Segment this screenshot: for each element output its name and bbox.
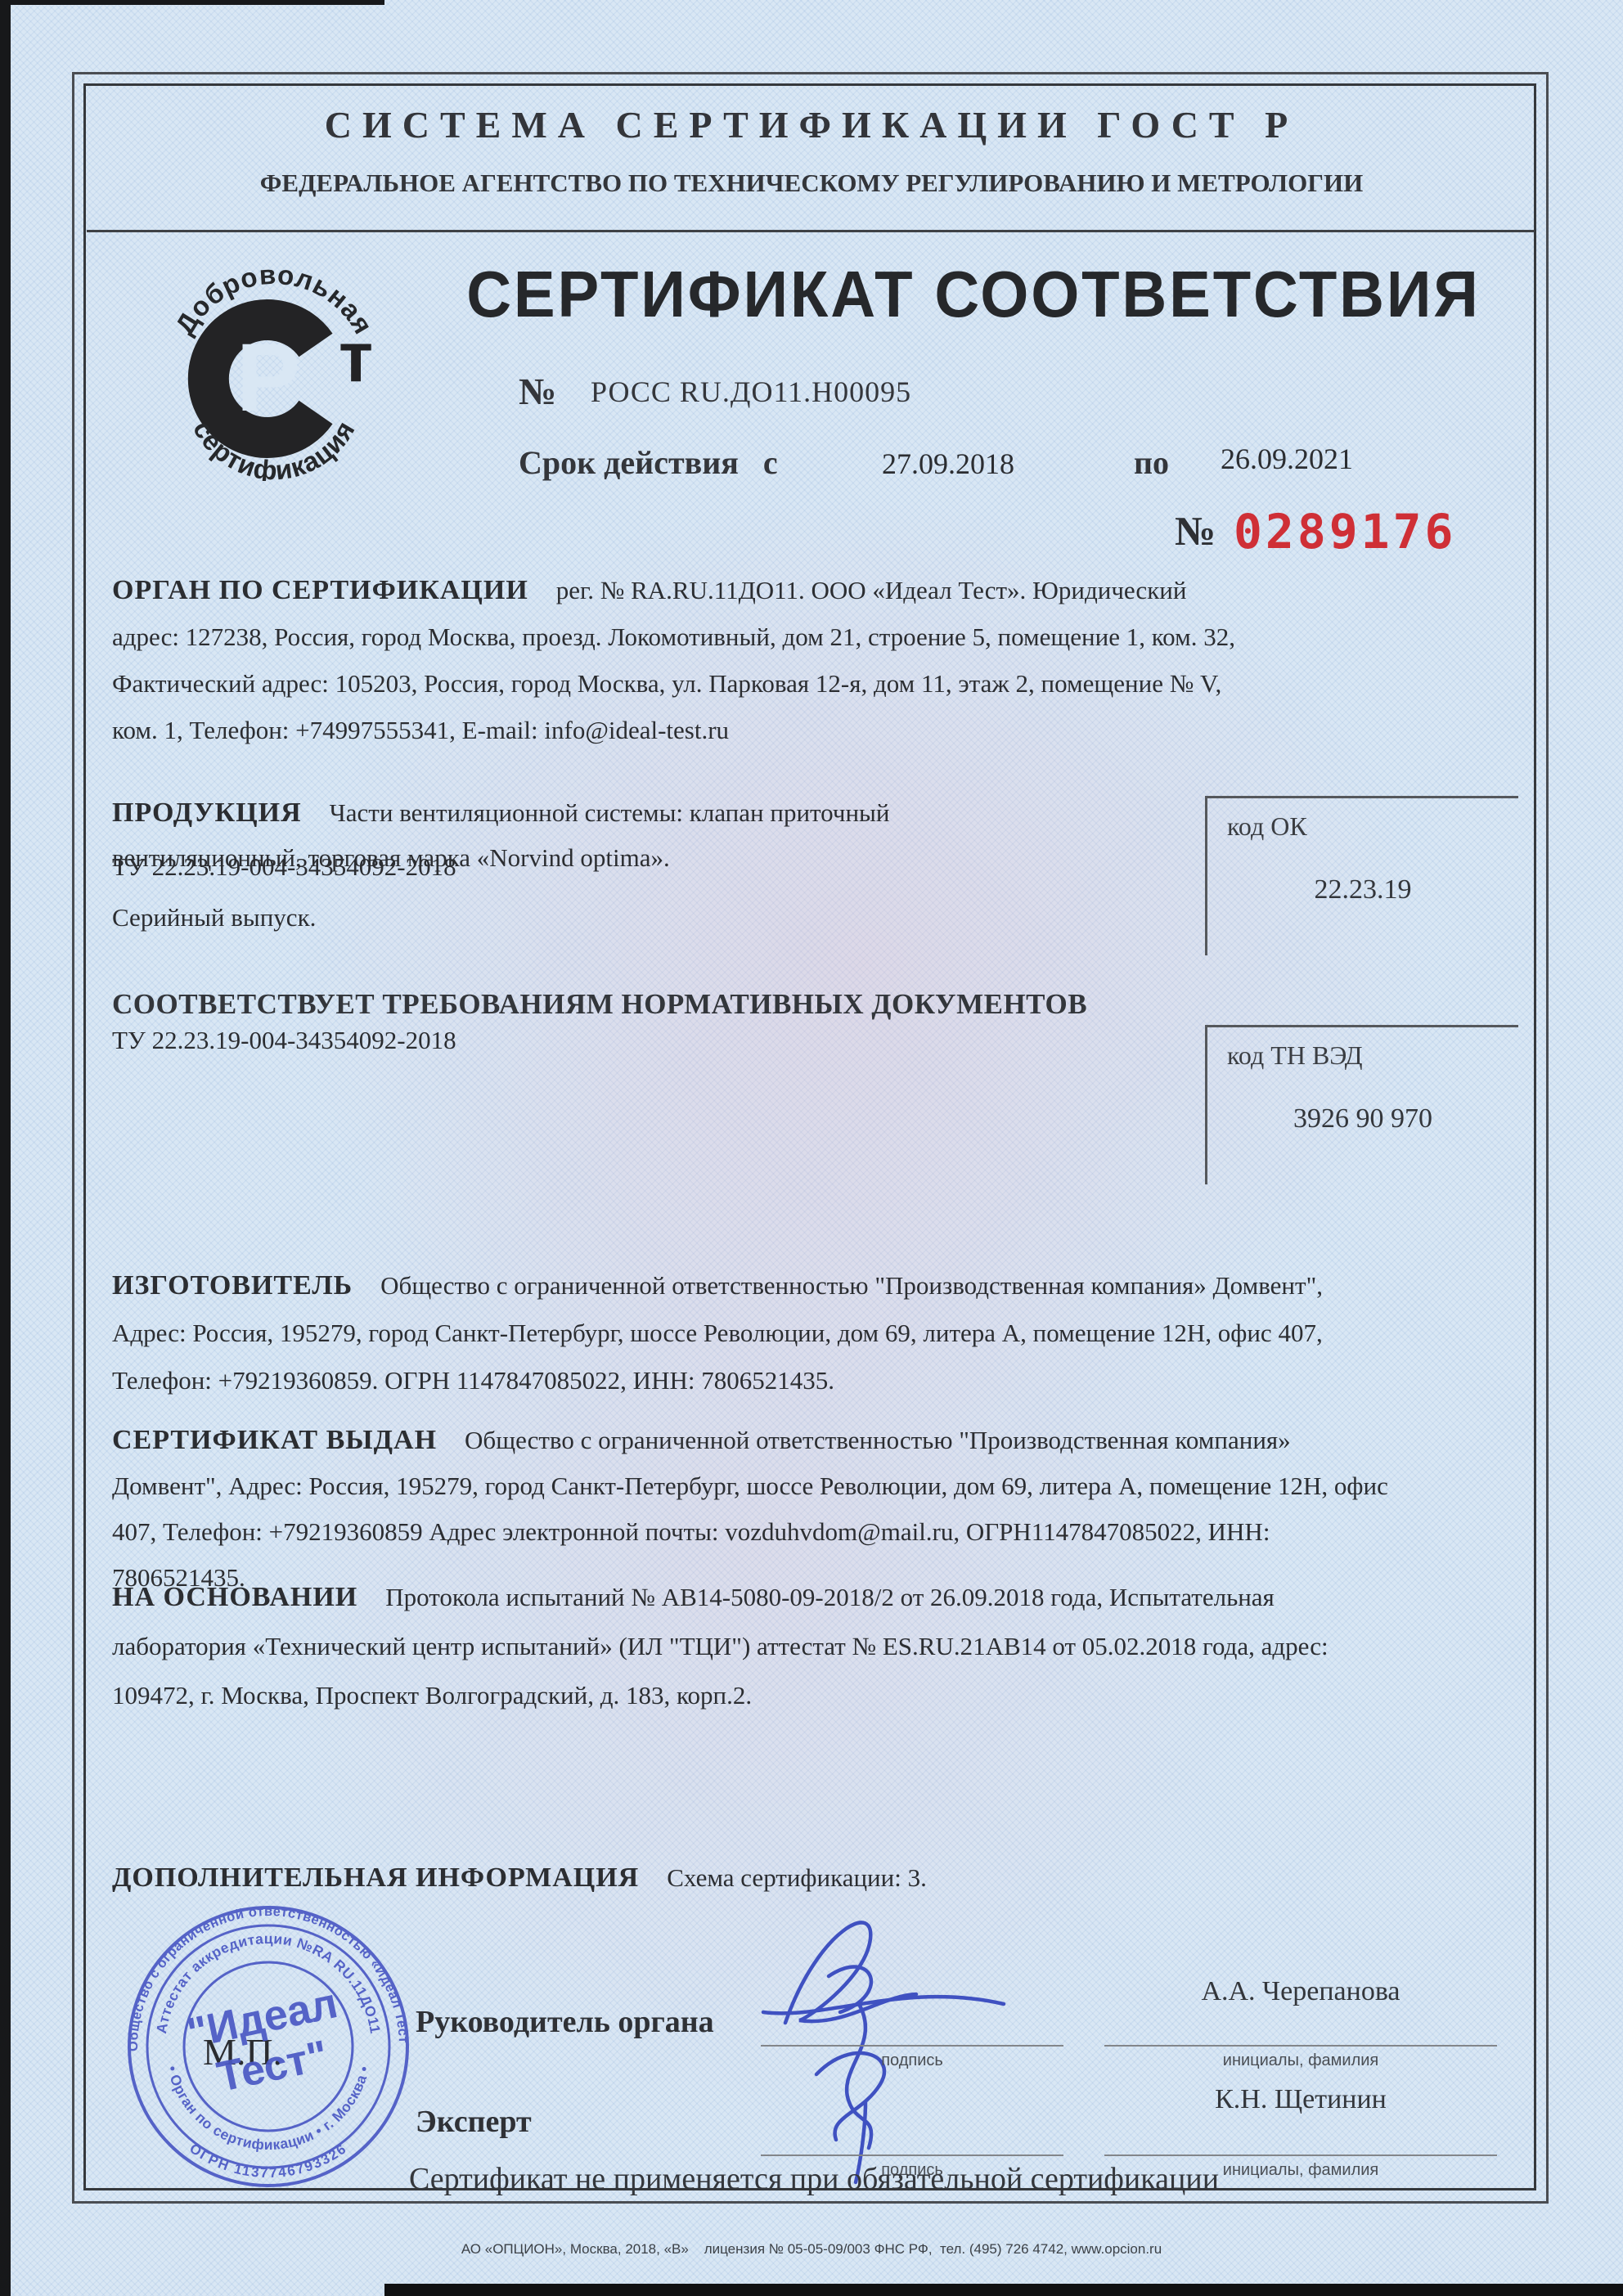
certification-body-label: ОРГАН ПО СЕРТИФИКАЦИИ — [112, 575, 528, 605]
product-tu: ТУ 22.23.19-004-34354092-2018 — [112, 852, 456, 882]
expert-signature-line — [761, 2154, 1063, 2156]
ok-code-box: код ОК 22.23.19 — [1205, 796, 1518, 955]
document-title: СЕРТИФИКАТ СООТВЕТСТВИЯ — [360, 257, 1588, 332]
header-divider — [87, 230, 1535, 232]
conforms-heading: СООТВЕТСТВУЕТ ТРЕБОВАНИЯМ НОРМАТИВНЫХ ДО… — [112, 988, 1087, 1021]
blank-number-label: № — [1175, 507, 1216, 555]
basis-paragraph: НА ОСНОВАНИИПротокола испытаний № АВ14-5… — [112, 1573, 1339, 1720]
scan-edge-bottom — [384, 2284, 1623, 2296]
additional-info-text: Схема сертификации: 3. — [667, 1863, 927, 1892]
valid-from-date: 27.09.2018 — [882, 447, 1014, 481]
scan-edge-left — [0, 0, 11, 2296]
company-seal-icon: Общество с ограниченной ответственностью… — [113, 1891, 424, 2202]
rst-logo-icon: Добровольная Р т сертификация — [164, 268, 384, 481]
issued-label: СЕРТИФИКАТ ВЫДАН — [112, 1425, 437, 1455]
certificate-page: СИСТЕМА СЕРТИФИКАЦИИ ГОСТ Р ФЕДЕРАЛЬНОЕ … — [0, 0, 1623, 2296]
expert-name-line — [1104, 2154, 1497, 2156]
manufacturer-label: ИЗГОТОВИТЕЛЬ — [112, 1270, 353, 1301]
head-signature-caption: подпись — [761, 2051, 1063, 2070]
head-name-caption: инициалы, фамилия — [1104, 2051, 1497, 2070]
scan-edge-top — [0, 0, 384, 5]
cert-number: РОСС RU.ДО11.Н00095 — [591, 375, 911, 409]
cert-number-label: № — [519, 370, 556, 413]
ok-code-label: код ОК — [1227, 811, 1518, 842]
agency-title: ФЕДЕРАЛЬНОЕ АГЕНТСТВО ПО ТЕХНИЧЕСКОМУ РЕ… — [0, 168, 1623, 198]
validity-label: Срок действия с — [519, 443, 778, 482]
head-of-body-label: Руководитель органа — [416, 2004, 714, 2040]
logo-letter-p: Р — [236, 324, 301, 432]
head-name-line — [1104, 2045, 1497, 2047]
system-title: СИСТЕМА СЕРТИФИКАЦИИ ГОСТ Р — [0, 103, 1623, 146]
manufacturer-paragraph: ИЗГОТОВИТЕЛЬОбщество с ограниченной отве… — [112, 1262, 1388, 1404]
tnved-code-box: код ТН ВЭД 3926 90 970 — [1205, 1025, 1518, 1184]
blank-number: 0289176 — [1234, 504, 1456, 559]
conforms-text: ТУ 22.23.19-004-34354092-2018 — [112, 1026, 456, 1055]
valid-to-label: по — [1134, 443, 1169, 482]
ok-code-value: 22.23.19 — [1207, 874, 1518, 905]
expert-name: К.Н. Щетинин — [1104, 2084, 1497, 2115]
head-signature-line — [761, 2045, 1063, 2047]
tnved-code-value: 3926 90 970 — [1207, 1103, 1518, 1135]
product-serial: Серийный выпуск. — [112, 903, 316, 932]
bottom-note: Сертификат не применяется при обязательн… — [245, 2161, 1382, 2197]
additional-info-label: ДОПОЛНИТЕЛЬНАЯ ИНФОРМАЦИЯ — [112, 1862, 639, 1893]
head-name: А.А. Черепанова — [1104, 1976, 1497, 2007]
print-house-info: АО «ОПЦИОН», Москва, 2018, «В» лицензия … — [0, 2241, 1623, 2258]
valid-to-date: 26.09.2021 — [1221, 442, 1353, 476]
expert-label: Эксперт — [416, 2104, 532, 2140]
certification-body-paragraph: ОРГАН ПО СЕРТИФИКАЦИИрег. № RA.RU.11ДО11… — [112, 567, 1241, 753]
product-label: ПРОДУКЦИЯ — [112, 798, 302, 828]
logo-letter-t: т — [339, 318, 373, 397]
tnved-code-label: код ТН ВЭД — [1227, 1040, 1518, 1071]
expert-signature — [777, 1994, 949, 2186]
basis-label: НА ОСНОВАНИИ — [112, 1582, 357, 1612]
